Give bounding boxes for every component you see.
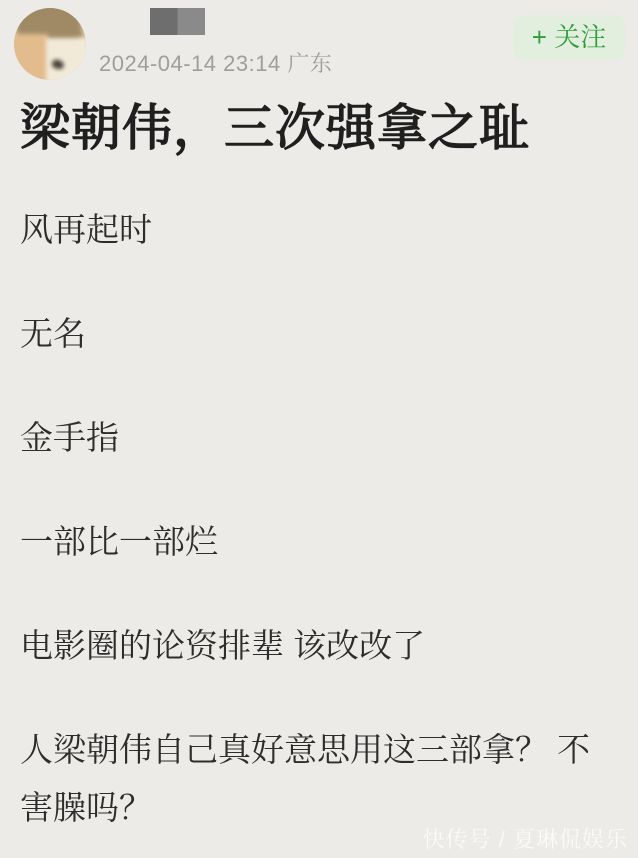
post-timestamp: 2024-04-14 23:14 广东 [99, 47, 332, 78]
user-avatar[interactable] [14, 8, 86, 80]
follow-button[interactable]: + 关注 [513, 15, 625, 60]
post-page: 2024-04-14 23:14 广东 + 关注 梁朝伟，三次强拿之耻 风再起时… [0, 0, 638, 858]
post-paragraph: 一部比一部烂 [20, 513, 618, 571]
post-paragraph: 无名 [20, 305, 618, 363]
author-meta: 2024-04-14 23:14 广东 [99, 8, 332, 78]
post-paragraph: 风再起时 [20, 201, 618, 259]
username-redacted-block[interactable] [150, 8, 205, 35]
avatar-blurred-image [14, 8, 86, 80]
post-paragraph: 电影圈的论资排辈 该改改了 [20, 617, 618, 675]
post-paragraph: 金手指 [20, 409, 618, 467]
post-body: 梁朝伟，三次强拿之耻 风再起时 无名 金手指 一部比一部烂 电影圈的论资排辈 该… [0, 100, 638, 837]
post-paragraph: 人梁朝伟自己真好意思用这三部拿？ 不 害臊吗？ [20, 721, 618, 837]
post-header: 2024-04-14 23:14 广东 + 关注 [0, 0, 638, 80]
post-title: 梁朝伟，三次强拿之耻 [20, 100, 618, 156]
